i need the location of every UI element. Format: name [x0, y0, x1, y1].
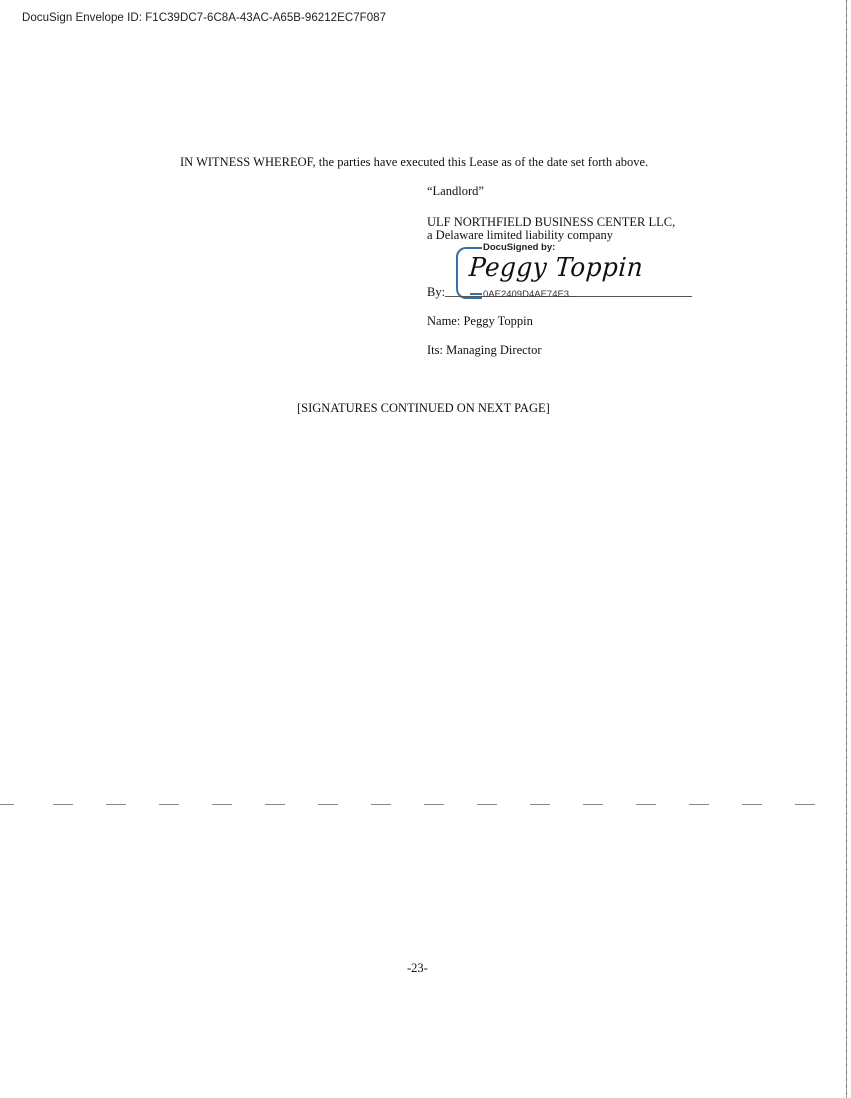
docusign-bracket-top [470, 247, 482, 249]
signer-title: Its: Managing Director [427, 343, 542, 358]
party-role: “Landlord” [427, 184, 484, 199]
continued-note: [SIGNATURES CONTINUED ON NEXT PAGE] [297, 401, 550, 416]
page-scan-edge [846, 0, 847, 1098]
page-number: -23- [407, 961, 428, 976]
signature-image: Peggy Toppin [468, 253, 644, 283]
docusign-bracket-bottom [470, 293, 482, 295]
signature-id: 0AE2409D4AE74E3... [483, 289, 577, 300]
signer-name: Name: Peggy Toppin [427, 314, 533, 329]
witness-clause: IN WITNESS WHEREOF, the parties have exe… [180, 155, 648, 170]
page-fold-line [0, 804, 851, 805]
docusigned-by-label: DocuSigned by: [483, 242, 555, 253]
by-label: By: [427, 285, 445, 300]
docusign-envelope-id: DocuSign Envelope ID: F1C39DC7-6C8A-43AC… [22, 12, 386, 24]
entity-type: a Delaware limited liability company [427, 228, 613, 243]
